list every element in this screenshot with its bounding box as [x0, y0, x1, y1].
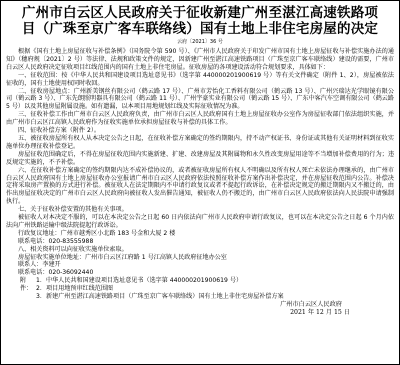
- paragraph-5b-restriction: 房屋征收范围确定后，不得在房屋征收范围内实施新建、扩建、改建房屋及其附属物和永久…: [6, 151, 394, 167]
- issue-date: 2021 年 12 月 15 日: [6, 309, 394, 317]
- document-title: 广州市白云区人民政府关于征收新建广州至湛江高速铁路项 目（广珠至京广客车联络线）…: [6, 5, 394, 37]
- document-number: 云府〔2021〕36 号: [6, 38, 394, 46]
- contact-unit-address: 房屋征收实施单位地址：广州市白云区江府路 1 号江高镇人民政府征地办公室: [6, 254, 394, 262]
- attachment-item-2: 2．项目用地预审红线范围图: [36, 285, 284, 293]
- paragraph-7-other: 七、关于征收补偿安置的其他有关事项。: [6, 206, 394, 214]
- signature: 广州市白云区人民政府: [6, 301, 394, 309]
- paragraph-3-responsibility: 三、征收补偿工作由广州市白云区人民政府负责，由广州市白云区人民政府国有土地上房屋…: [6, 111, 394, 127]
- paragraph-8-materials: 八、相关资料可以向征收实施单位索取。: [6, 246, 394, 254]
- paragraph-1-scope: 一、征收范围：按《中华人民共和国建设项目选址意见书》（选字第 440000201…: [6, 72, 394, 88]
- title-line-1: 广州市白云区人民政府关于征收新建广州至湛江高速铁路项: [6, 5, 394, 21]
- document-body: 根据《国有土地上房屋征收与补偿条例》（国务院令第 590 号）、《广州市人民政府…: [6, 48, 394, 277]
- contact-review-address: 行政复议地址：广州市越秀区小北路 183 号金和大厦 2 楼: [6, 230, 394, 238]
- paragraph-6-decision: 六、在征收补偿方案确定的签约期限内达不成补偿协议的，或者被征收房屋所有权人不明确…: [6, 167, 394, 207]
- contact-review-phone: 联系电话：020-83555988: [6, 238, 394, 246]
- document-page: 广州市白云区人民政府关于征收新建广州至湛江高速铁路项 目（广珠至京广客车联络线）…: [0, 0, 400, 365]
- attachment-item-1: 1．中华人民共和国建设项目选址意见书（选字第 440000201900619 号…: [36, 277, 284, 285]
- paragraph-4-plan: 四、征收补偿方案（附件 2）。: [6, 127, 394, 135]
- attachments-label: 附件：: [20, 277, 36, 301]
- attachment-item-3: 3．新建广州至湛江高速铁路项目（广珠至京广客车联络线）国有土地上非住宅房屋补偿方…: [36, 293, 284, 301]
- paragraph-intro: 根据《国有土地上房屋征收与补偿条例》（国务院令第 590 号）、《广州市人民政府…: [6, 48, 394, 72]
- paragraph-5-registration: 五、被征收房屋所有权人从本决定公告之日起，在征收补偿方案确定的签约期限内，持不动…: [6, 135, 394, 151]
- attachments-list: 1．中华人民共和国建设项目选址意见书（选字第 440000201900619 号…: [36, 277, 284, 301]
- title-line-2: 目（广珠至京广客车联络线）国有土地上非住宅房屋的决定: [6, 21, 394, 37]
- paragraph-2-location: 二、征收房屋地点：广州新美钢丝有限公司（鹤云路 17 号）、广州市芳怡化工香料有…: [6, 88, 394, 112]
- paragraph-7b-appeal: 被征收人对本决定不服的，可以在本决定公告之日起 60 日内依法向广州市人民政府申…: [6, 214, 394, 230]
- attachments: 附件： 1．中华人民共和国建设项目选址意见书（选字第 4400002019006…: [20, 277, 394, 301]
